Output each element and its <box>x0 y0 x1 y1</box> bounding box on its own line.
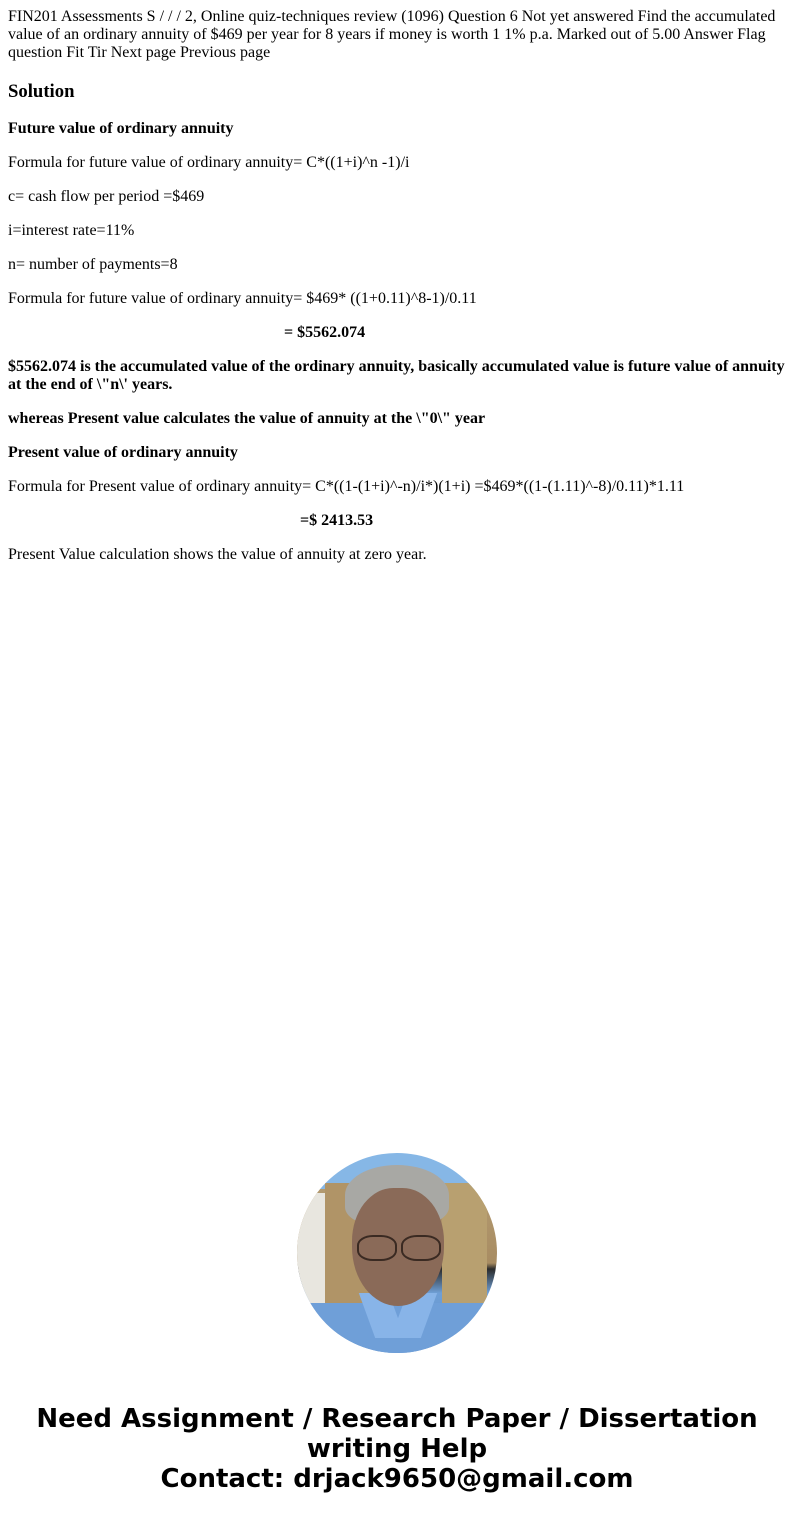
promo-contact: Contact: drjack9650@gmail.com <box>0 1464 794 1494</box>
glasses-icon <box>401 1235 441 1261</box>
author-avatar <box>297 1153 497 1353</box>
fv-result: = $5562.074 <box>8 324 786 342</box>
pv-heading: Present value of ordinary annuity <box>8 444 786 462</box>
promo-line-2: writing Help <box>0 1434 794 1464</box>
glasses-icon <box>357 1235 397 1261</box>
question-text: FIN201 Assessments S / / / 2, Online qui… <box>8 8 786 62</box>
fv-formula: Formula for future value of ordinary ann… <box>8 154 786 172</box>
document-body: FIN201 Assessments S / / / 2, Online qui… <box>0 0 794 564</box>
pv-conclusion: Present Value calculation shows the valu… <box>8 546 786 564</box>
promo-banner: Need Assignment / Research Paper / Disse… <box>0 1404 794 1494</box>
cash-flow-definition: c= cash flow per period =$469 <box>8 188 786 206</box>
fv-explanation: $5562.074 is the accumulated value of th… <box>8 358 786 394</box>
pv-result: =$ 2413.53 <box>8 512 786 530</box>
promo-line-1: Need Assignment / Research Paper / Disse… <box>0 1404 794 1434</box>
fv-heading: Future value of ordinary annuity <box>8 120 786 138</box>
pv-intro: whereas Present value calculates the val… <box>8 410 786 428</box>
pv-formula: Formula for Present value of ordinary an… <box>8 478 786 496</box>
avatar-background-wall <box>297 1193 327 1303</box>
solution-heading: Solution <box>8 81 786 103</box>
payments-definition: n= number of payments=8 <box>8 256 786 274</box>
fv-formula-applied: Formula for future value of ordinary ann… <box>8 290 786 308</box>
interest-rate-definition: i=interest rate=11% <box>8 222 786 240</box>
